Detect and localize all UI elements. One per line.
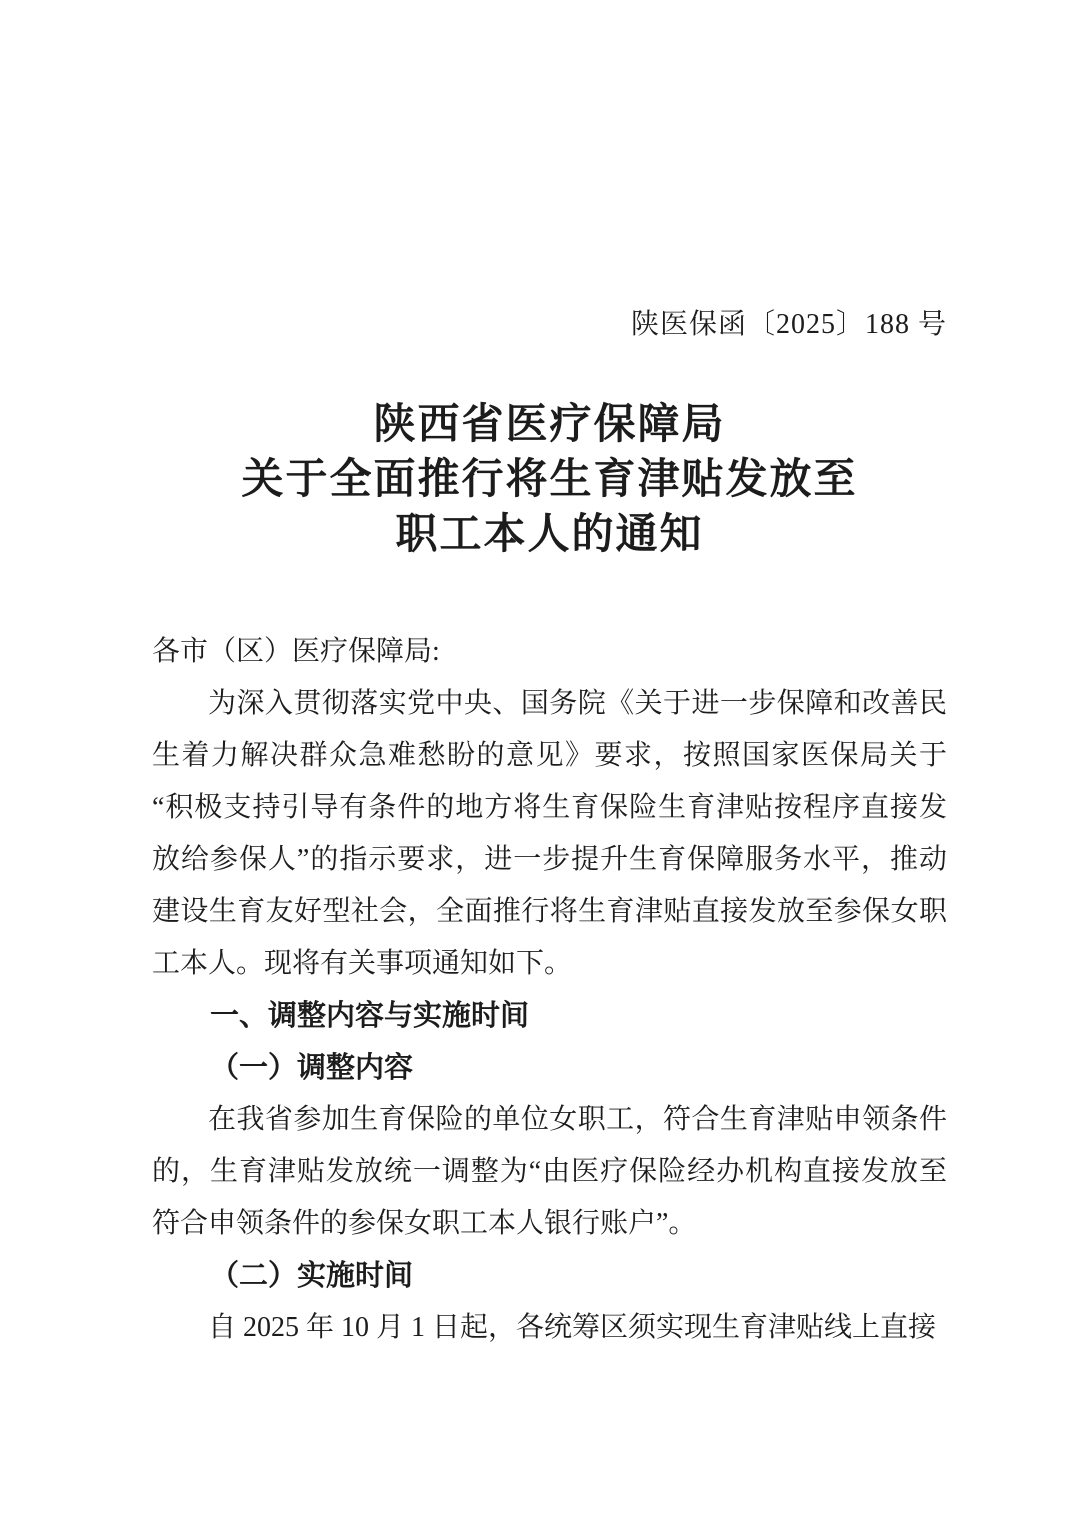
document-title: 陕西省医疗保障局 关于全面推行将生育津贴发放至 职工本人的通知 [152,398,947,563]
subsection-heading-1: （一）调整内容 [152,1042,947,1094]
subsection-heading-2: （二）实施时间 [152,1250,947,1302]
salutation: 各市（区）医疗保障局: [152,626,947,678]
paragraph-intro: 为深入贯彻落实党中央、国务院《关于进一步保障和改善民生着力解决群众急难愁盼的意见… [152,678,947,990]
section-heading-1: 一、调整内容与实施时间 [152,990,947,1042]
doc-number: 陕医保函〔2025〕188 号 [152,305,947,345]
paragraph-adjustment-content: 在我省参加生育保险的单位女职工，符合生育津贴申领条件的，生育津贴发放统一调整为“… [152,1094,947,1250]
title-line-1: 陕西省医疗保障局 [152,398,947,453]
paragraph-implementation-time: 自 2025 年 10 月 1 日起，各统筹区须实现生育津贴线上直接 [152,1302,947,1354]
document-page: 陕医保函〔2025〕188 号 陕西省医疗保障局 关于全面推行将生育津贴发放至 … [0,0,1074,1520]
title-line-2: 关于全面推行将生育津贴发放至 [152,453,947,508]
title-line-3: 职工本人的通知 [152,508,947,563]
